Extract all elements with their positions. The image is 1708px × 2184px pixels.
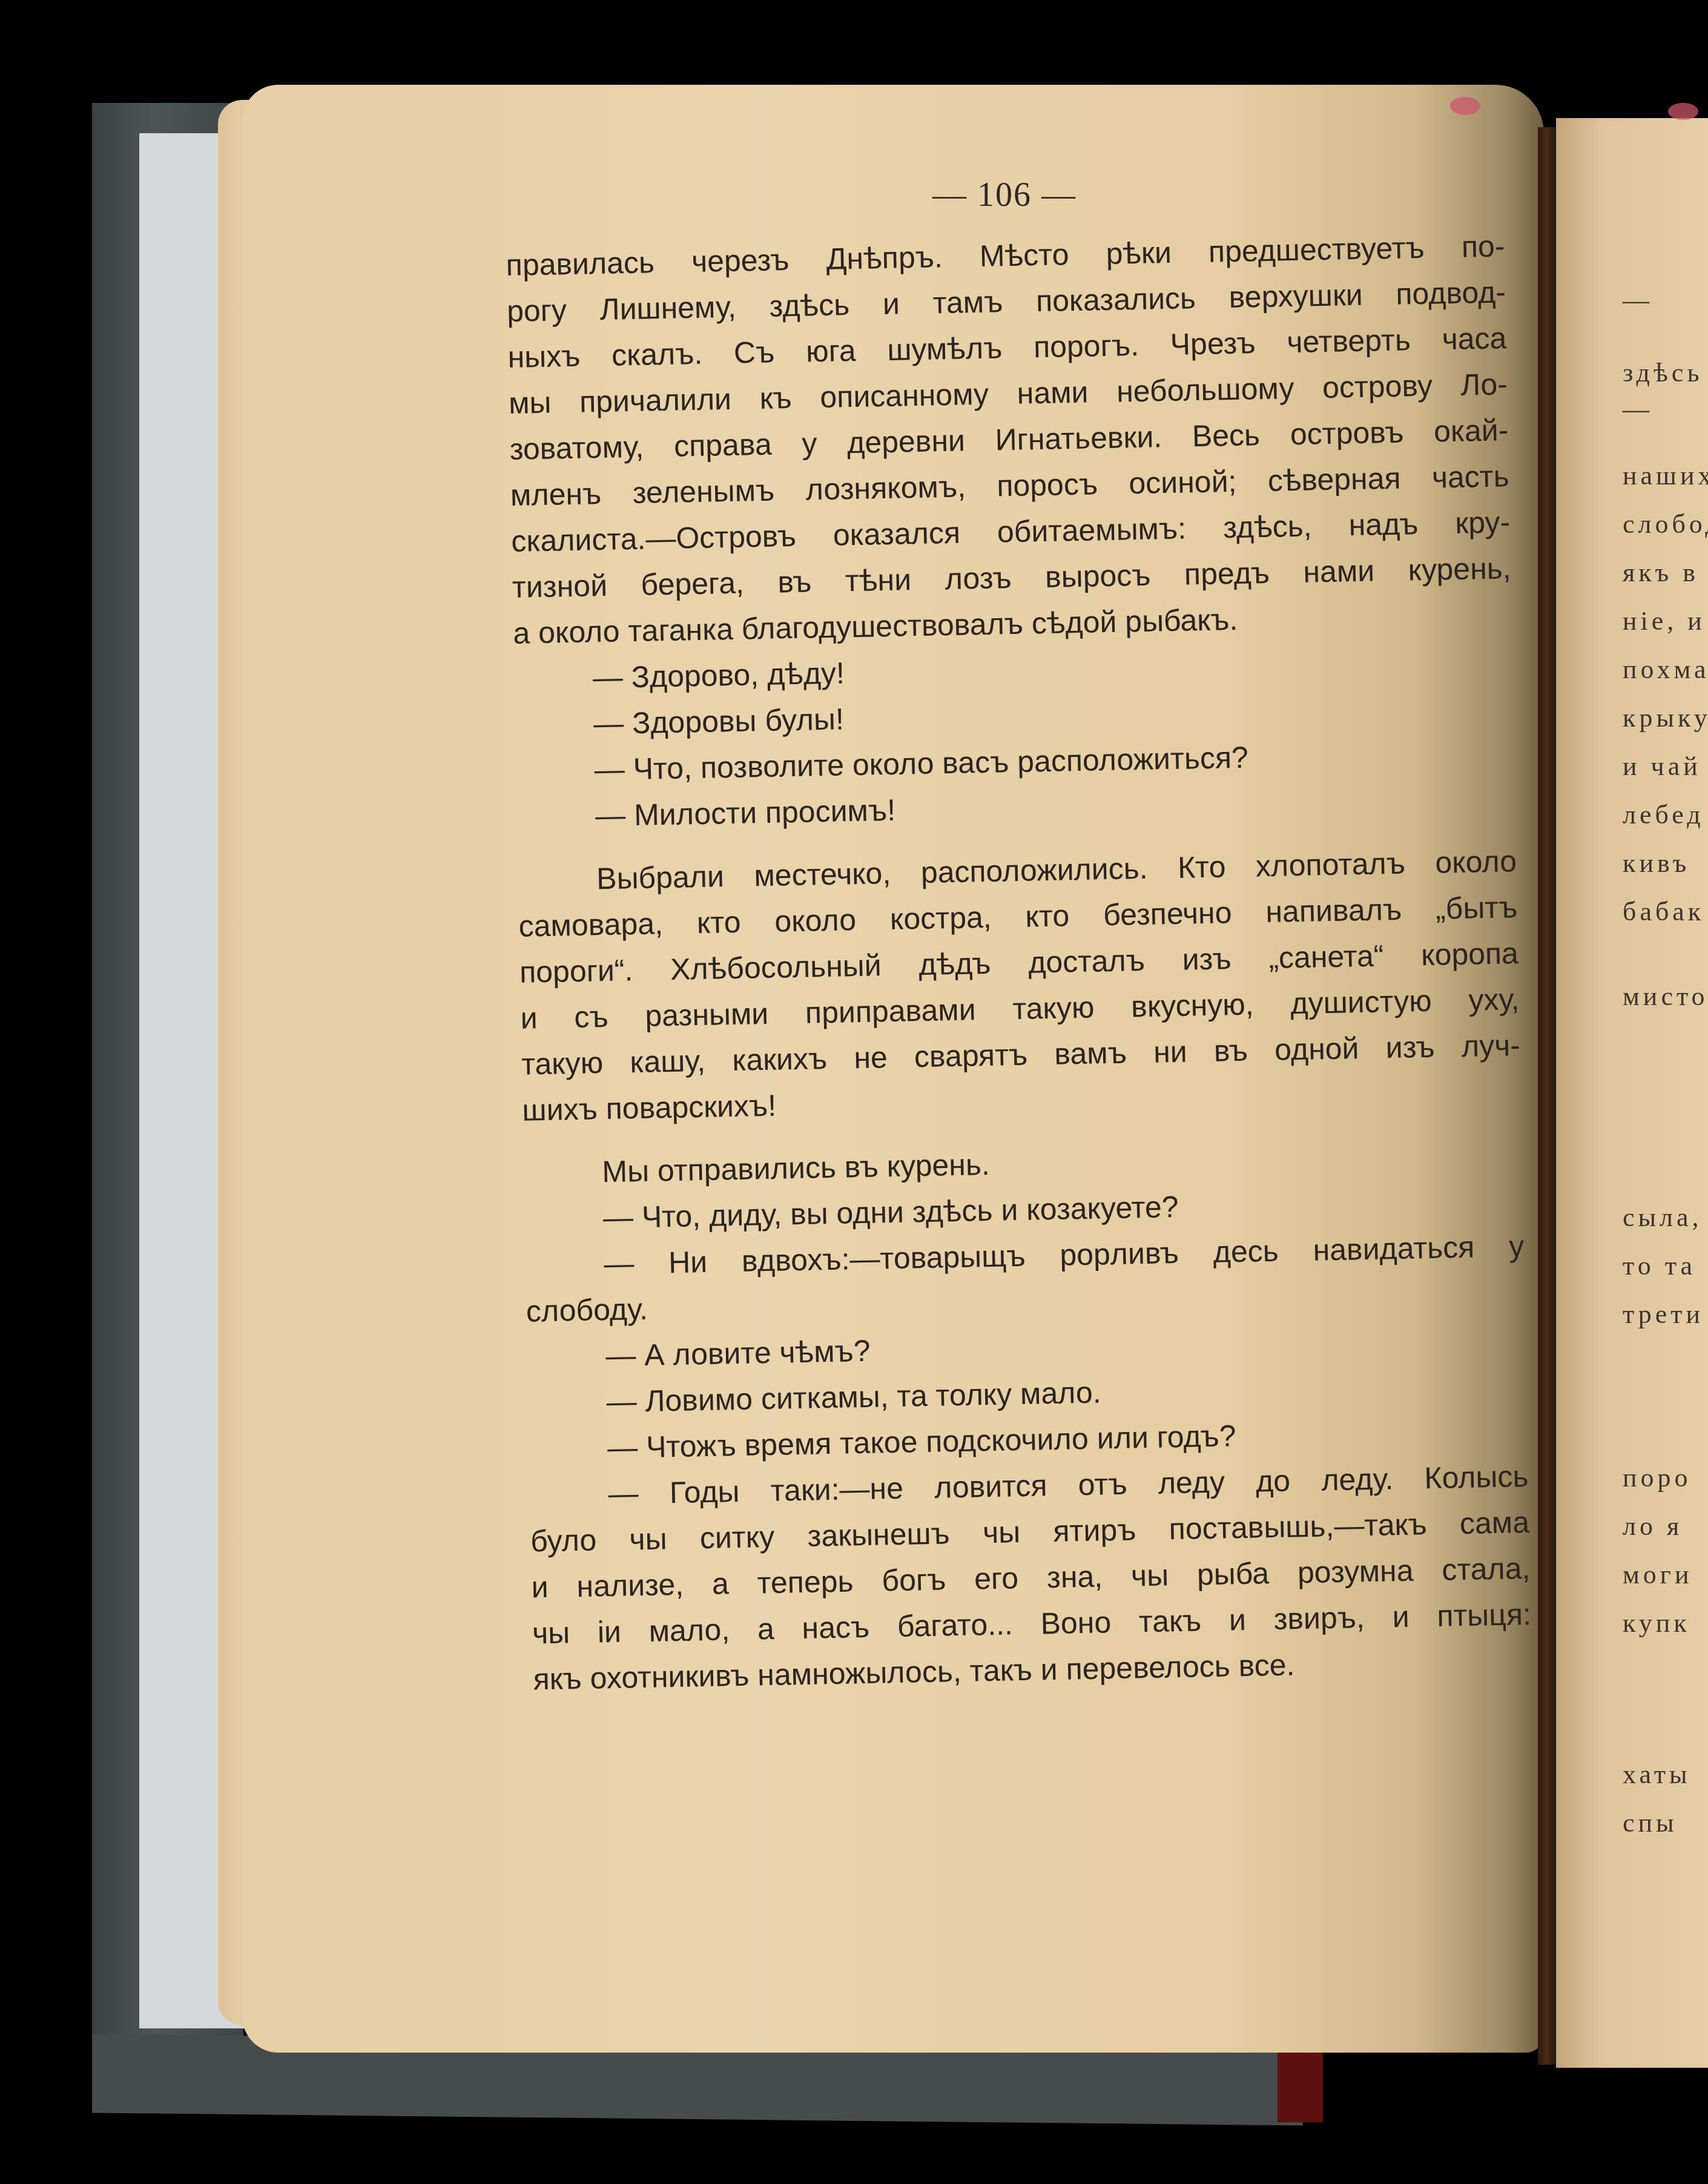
right-page-line-fragment: ніе, и	[1623, 605, 1706, 636]
right-page-line-fragment: моги	[1623, 1559, 1692, 1590]
text-paragraph: Выбрали местечко, расположились. Кто хло…	[518, 838, 1522, 1133]
right-page-line-fragment: бабак	[1623, 896, 1704, 927]
right-page-line-fragment: ло я	[1623, 1511, 1683, 1542]
right-page-line-fragment: спы	[1623, 1807, 1678, 1838]
right-page-line-fragment: —	[1623, 394, 1653, 424]
page-body-text: правилась черезъ Днѣпръ. Мѣсто рѣки пред…	[506, 223, 1532, 1702]
right-page-line-fragment: крыку	[1623, 702, 1708, 733]
right-page-line-fragment: наших	[1623, 460, 1708, 491]
right-page-line-fragment: слобод	[1623, 509, 1708, 539]
right-page-line-fragment: то та	[1623, 1250, 1696, 1281]
right-page-line-fragment: —	[1623, 285, 1653, 315]
right-page-line-fragment: мисто	[1623, 981, 1708, 1012]
right-page-line-fragment: здѣсь	[1623, 357, 1703, 388]
stain-mark	[1668, 103, 1698, 120]
stain-mark	[1450, 97, 1480, 115]
right-page-line-fragment: сыла,	[1623, 1202, 1703, 1233]
right-page-line-fragment: хаты	[1623, 1759, 1691, 1790]
right-page-line-fragment: похма	[1623, 654, 1708, 685]
right-page-line-fragment: кивъ	[1623, 848, 1690, 879]
book-gutter	[1538, 127, 1556, 2065]
right-page-line-fragment: трети	[1623, 1299, 1704, 1330]
dialogue-paragraph: — Годы таки:—не ловится отъ леду до леду…	[529, 1453, 1532, 1703]
right-page-line-fragment: и чай	[1623, 751, 1701, 782]
spine-red-band	[1278, 2050, 1323, 2122]
right-page-line-fragment: поро	[1623, 1462, 1692, 1493]
right-page-line-fragment: лебед	[1623, 799, 1704, 830]
text-paragraph: правилась черезъ Днѣпръ. Мѣсто рѣки пред…	[506, 223, 1512, 656]
right-page-line-fragment: купк	[1623, 1608, 1690, 1638]
page-number: — 106 —	[932, 176, 1077, 214]
right-page-line-fragment: якъ в	[1623, 557, 1699, 588]
